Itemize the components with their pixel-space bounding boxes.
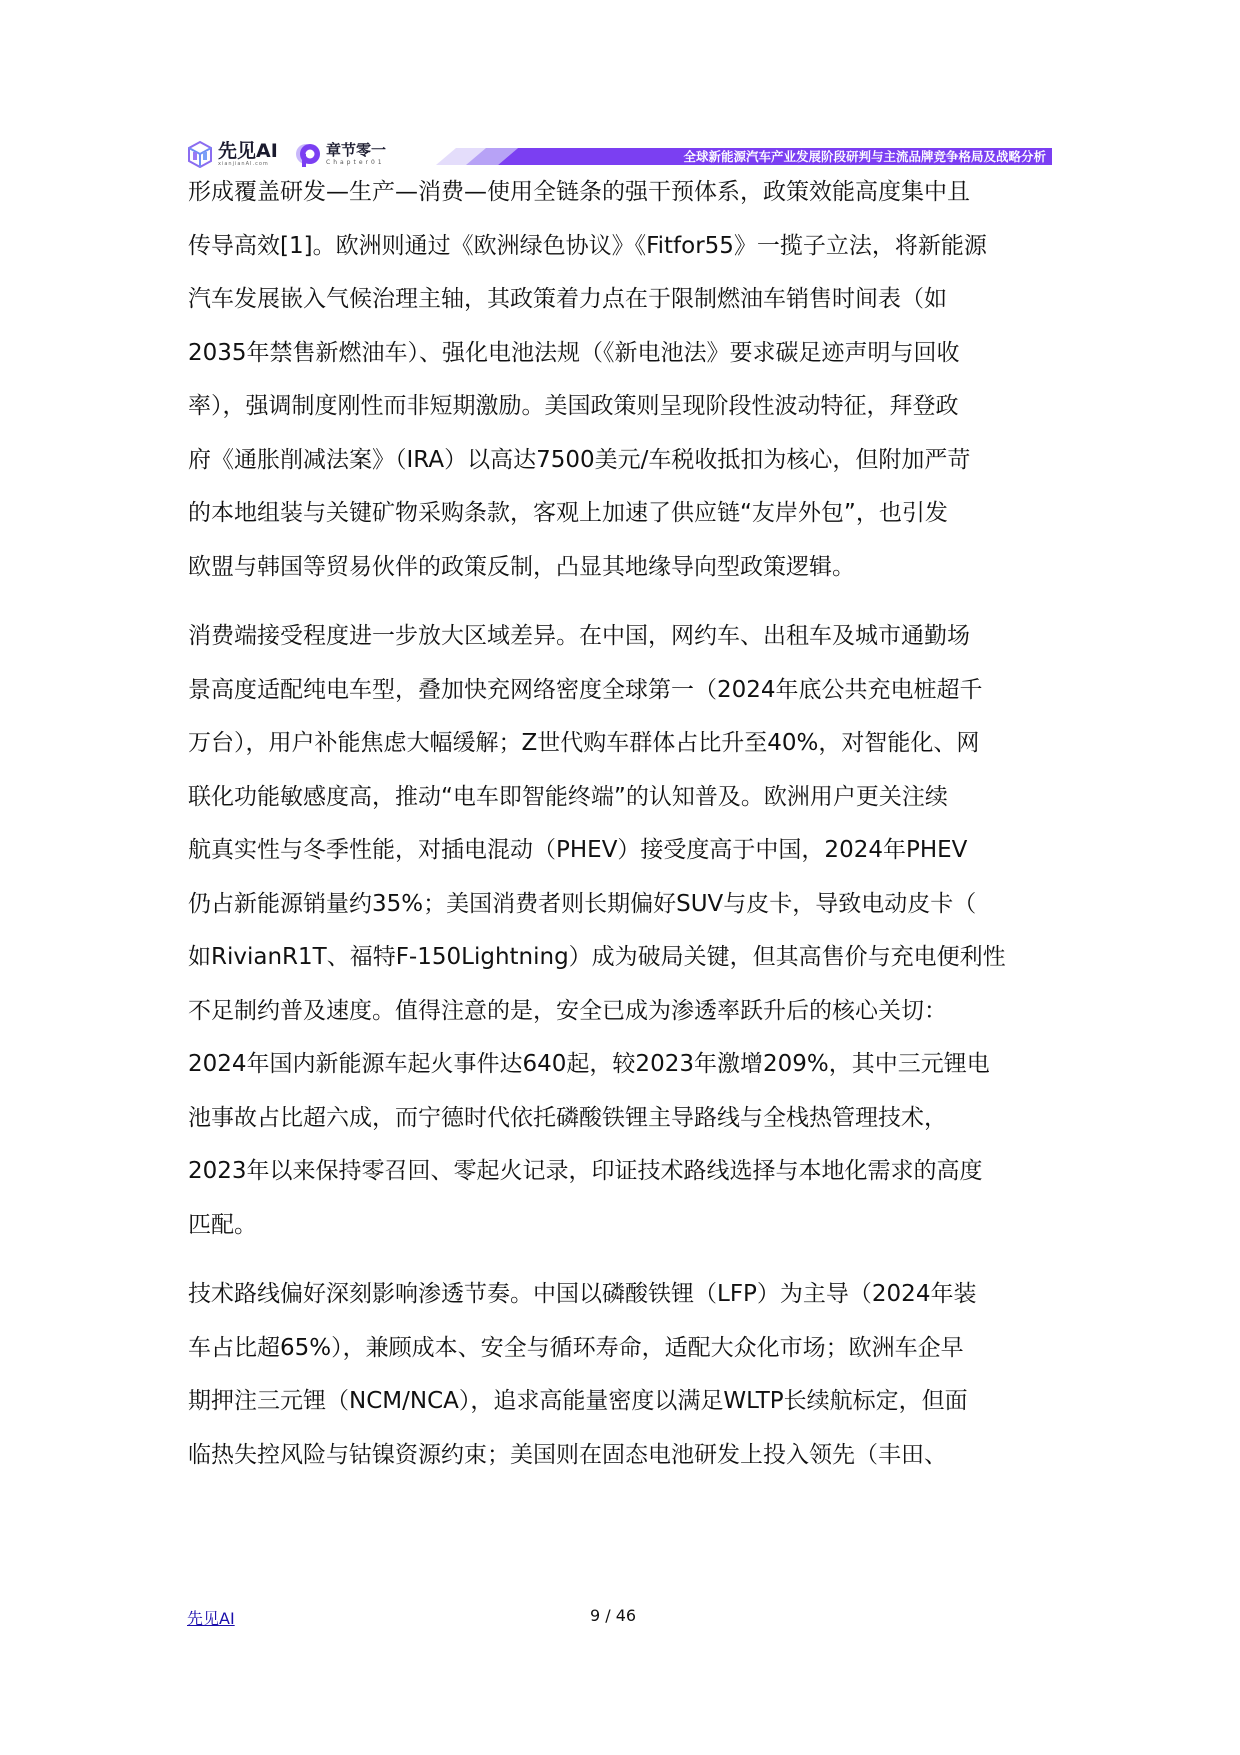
- brand-name: 先见AI: [218, 141, 278, 161]
- text-line: 匹配。: [188, 1199, 1054, 1253]
- text-line: 2035年禁售新燃油车）、强化电池法规（《新电池法》要求碳足迹声明与回收: [188, 327, 1054, 381]
- paragraph-consumer: 消费端接受程度进一步放大区域差异。在中国，网约车、出租车及城市通勤场 景高度适配…: [188, 610, 1054, 1252]
- paragraph-technology: 技术路线偏好深刻影响渗透节奏。中国以磷酸铁锂（LFP）为主导（2024年装 车占…: [188, 1268, 1054, 1482]
- chapter-logo-group: 章节零一 Chapter01: [294, 140, 386, 168]
- text-line: 池事故占比超六成，而宁德时代依托磷酸铁锂主导路线与全栈热管理技术，: [188, 1092, 1054, 1146]
- text-line: 仍占新能源销量约35%；美国消费者则长期偏好SUV与皮卡，导致电动皮卡（: [188, 878, 1054, 932]
- text-line: 形成覆盖研发—生产—消费—使用全链条的强干预体系，政策效能高度集中且: [188, 166, 1054, 220]
- text-line: 不足制约普及速度。值得注意的是，安全已成为渗透率跃升后的核心关切：: [188, 985, 1054, 1039]
- text-line: 景高度适配纯电车型，叠加快充网络密度全球第一（2024年底公共充电桩超千: [188, 664, 1054, 718]
- brand-cube-icon: [186, 140, 214, 168]
- text-line: 消费端接受程度进一步放大区域差异。在中国，网约车、出租车及城市通勤场: [188, 610, 1054, 664]
- text-line: 如RivianR1T、福特F-150Lightning）成为破局关键，但其高售价…: [188, 931, 1054, 985]
- text-line: 府《通胀削减法案》（IRA）以高达7500美元/车税收抵扣为核心，但附加严苛: [188, 434, 1054, 488]
- text-line: 欧盟与韩国等贸易伙伴的政策反制，凸显其地缘导向型政策逻辑。: [188, 541, 1054, 595]
- text-line: 2024年国内新能源车起火事件达640起，较2023年激增209%，其中三元锂电: [188, 1038, 1054, 1092]
- text-line: 汽车发展嵌入气候治理主轴，其政策着力点在于限制燃油车销售时间表（如: [188, 273, 1054, 327]
- text-line: 率），强调制度刚性而非短期激励。美国政策则呈现阶段性波动特征，拜登政: [188, 380, 1054, 434]
- text-line: 车占比超65%），兼顾成本、安全与循环寿命，适配大众化市场；欧洲车企早: [188, 1322, 1054, 1376]
- chapter-p-icon: [294, 140, 322, 168]
- text-line: 2023年以来保持零召回、零起火记录，印证技术路线选择与本地化需求的高度: [188, 1145, 1054, 1199]
- text-line: 万台），用户补能焦虑大幅缓解；Z世代购车群体占比升至40%，对智能化、网: [188, 717, 1054, 771]
- report-title-band: 全球新能源汽车产业发展阶段研判与主流品牌竞争格局及战略分析: [418, 148, 1052, 165]
- text-line: 联化功能敏感度高，推动“电车即智能终端”的认知普及。欧洲用户更关注续: [188, 771, 1054, 825]
- document-body: 形成覆盖研发—生产—消费—使用全链条的强干预体系，政策效能高度集中且 传导高效[…: [188, 166, 1054, 1482]
- paragraph-policy: 形成覆盖研发—生产—消费—使用全链条的强干预体系，政策效能高度集中且 传导高效[…: [188, 166, 1054, 594]
- text-line: 期押注三元锂（NCM/NCA），追求高能量密度以满足WLTP长续航标定，但面: [188, 1375, 1054, 1429]
- text-line: 航真实性与冬季性能，对插电混动（PHEV）接受度高于中国，2024年PHEV: [188, 824, 1054, 878]
- brand-logo-group: 先见AI xianjianAI.com: [186, 140, 278, 168]
- text-line: 的本地组装与关键矿物采购条款，客观上加速了供应链“友岸外包”，也引发: [188, 487, 1054, 541]
- text-line: 传导高效[1]。欧洲则通过《欧洲绿色协议》《Fitfor55》一揽子立法，将新能…: [188, 220, 1054, 274]
- text-line: 技术路线偏好深刻影响渗透节奏。中国以磷酸铁锂（LFP）为主导（2024年装: [188, 1268, 1054, 1322]
- footer-brand-link[interactable]: 先见AI: [187, 1606, 235, 1629]
- chapter-name: 章节零一: [326, 141, 386, 159]
- text-line: 临热失控风险与钴镍资源约束；美国则在固态电池研发上投入领先（丰田、: [188, 1429, 1054, 1483]
- page-indicator: 9 / 46: [590, 1606, 636, 1625]
- report-title: 全球新能源汽车产业发展阶段研判与主流品牌竞争格局及战略分析: [683, 148, 1046, 165]
